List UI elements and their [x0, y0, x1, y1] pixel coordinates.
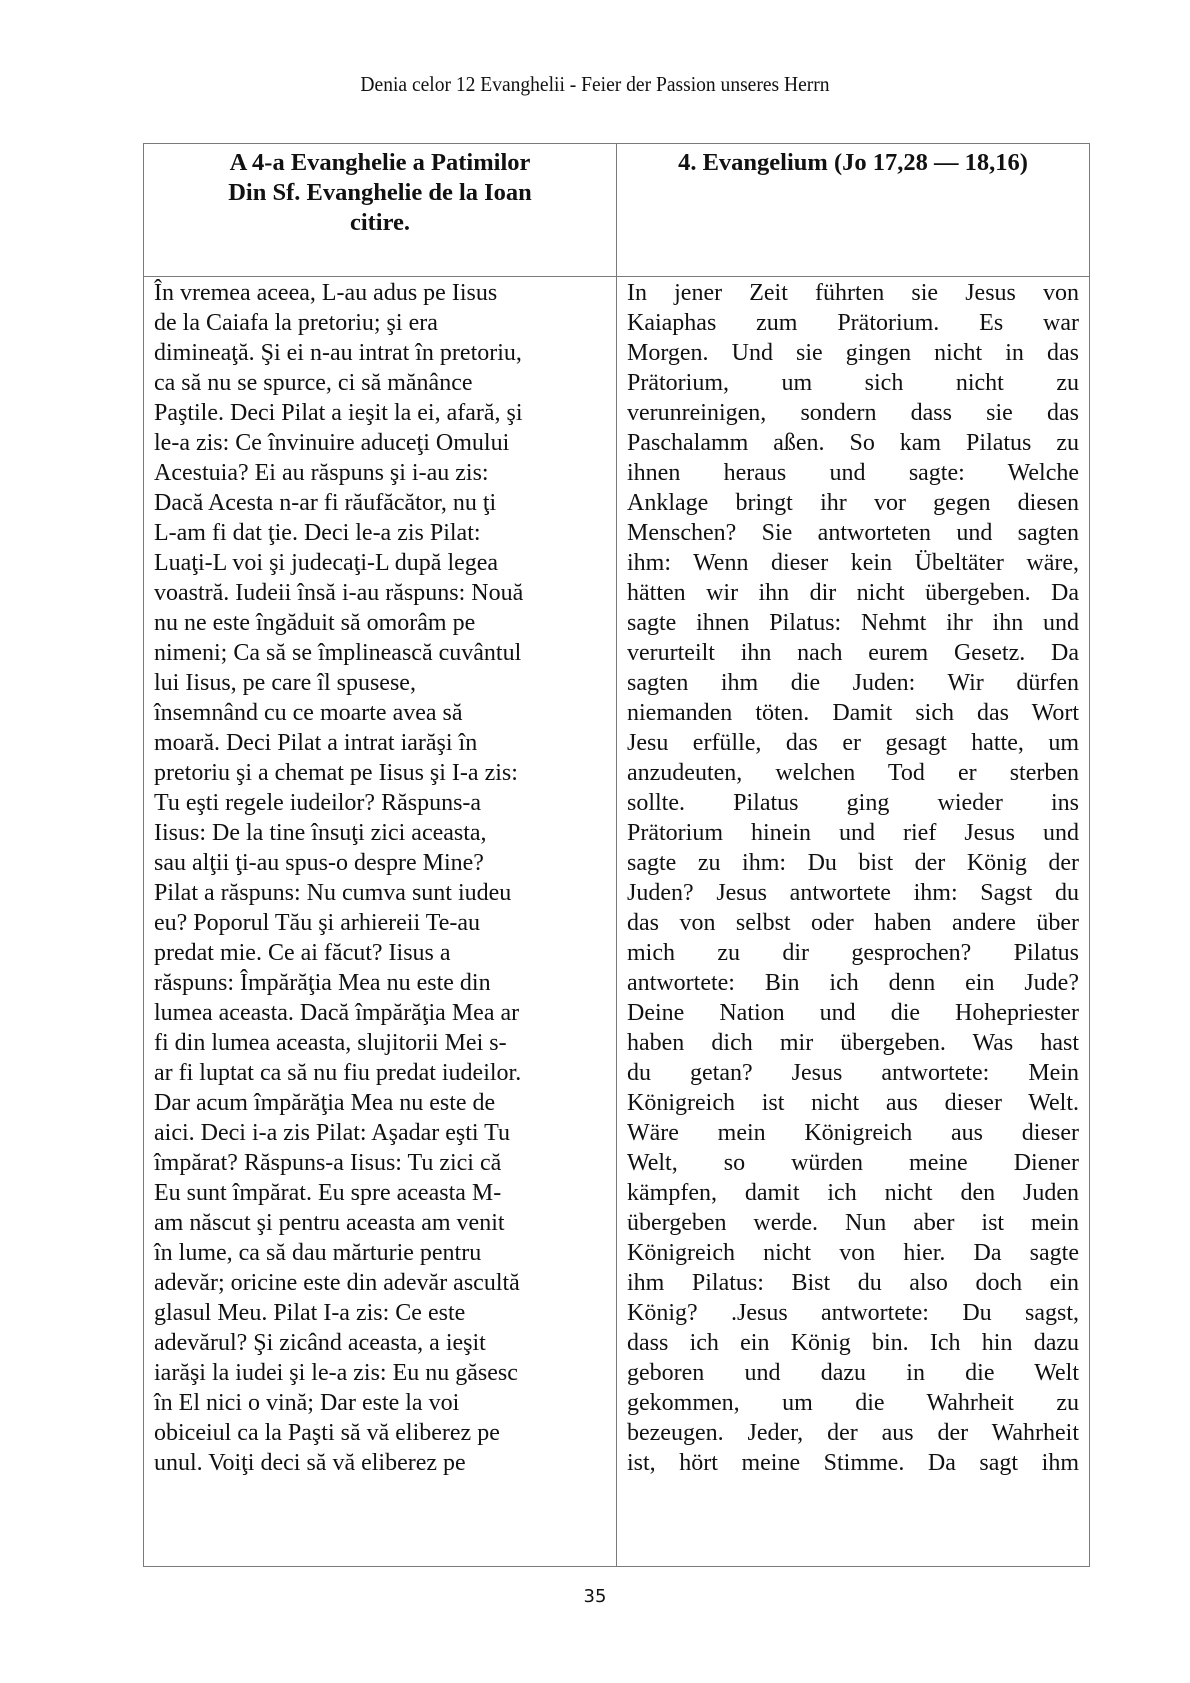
romanian-text-line: L-am fi dat ţie. Deci le-a zis Pilat: [154, 518, 610, 548]
german-text-line: ihm: Wenn dieser kein Übeltäter wäre, [627, 548, 1079, 578]
german-text-line: Juden? Jesus antwortete ihm: Sagst du [627, 878, 1079, 908]
romanian-text-line: Paştile. Deci Pilat a ieşit la ei, afară… [154, 398, 610, 428]
german-text-line: kämpfen, damit ich nicht den Juden [627, 1178, 1079, 1208]
german-text-cell: In jener Zeit führten sie Jesus vonKaiap… [617, 277, 1090, 1567]
german-text-line: Menschen? Sie antworteten und sagten [627, 518, 1079, 548]
german-text-line: Königreich ist nicht aus dieser Welt. [627, 1088, 1079, 1118]
german-text-line: Prätorium hinein und rief Jesus und [627, 818, 1079, 848]
romanian-text-line: lui Iisus, pe care îl spusese, [154, 668, 610, 698]
german-text-line: das von selbst oder haben andere über [627, 908, 1079, 938]
german-text-line: mich zu dir gesprochen? Pilatus [627, 938, 1079, 968]
romanian-text-line: Luaţi-L voi şi judecaţi-L după legea [154, 548, 610, 578]
romanian-text-line: sau alţii ţi-au spus-o despre Mine? [154, 848, 610, 878]
german-text-line: Prätorium, um sich nicht zu [627, 368, 1079, 398]
romanian-text-line: moară. Deci Pilat a intrat iarăşi în [154, 728, 610, 758]
romanian-text-line: în El nici o vină; Dar este la voi [154, 1388, 610, 1418]
german-text-line: du getan? Jesus antwortete: Mein [627, 1058, 1079, 1088]
german-text-line: sagten ihm die Juden: Wir dürfen [627, 668, 1079, 698]
page-running-header: Denia celor 12 Evanghelii - Feier der Pa… [42, 72, 1149, 97]
romanian-text-line: de la Caiafa la pretoriu; şi era [154, 308, 610, 338]
romanian-text-line: ca să nu se spurce, ci să mănânce [154, 368, 610, 398]
german-text-line: sagte zu ihm: Du bist der König der [627, 848, 1079, 878]
romanian-heading-line: citire. [154, 208, 606, 238]
german-text-line: In jener Zeit führten sie Jesus von [627, 278, 1079, 308]
romanian-text-line: iarăşi la iudei şi le-a zis: Eu nu găses… [154, 1358, 610, 1388]
romanian-text-line: Pilat a răspuns: Nu cumva sunt iudeu [154, 878, 610, 908]
romanian-text-line: fi din lumea aceasta, slujitorii Mei s- [154, 1028, 610, 1058]
german-text-line: ihm Pilatus: Bist du also doch ein [627, 1268, 1079, 1298]
romanian-heading-cell: A 4-a Evanghelie a Patimilor Din Sf. Eva… [144, 144, 617, 277]
romanian-text-line: am născut şi pentru aceasta am venit [154, 1208, 610, 1238]
romanian-text-line: pretoriu şi a chemat pe Iisus şi I-a zis… [154, 758, 610, 788]
romanian-text-line: Dacă Acesta n-ar fi răufăcător, nu ţi [154, 488, 610, 518]
romanian-text-line: nu ne este îngăduit să omorâm pe [154, 608, 610, 638]
german-text-line: haben dich mir übergeben. Was hast [627, 1028, 1079, 1058]
german-text-line: verunreinigen, sondern dass sie das [627, 398, 1079, 428]
german-text-line: dass ich ein König bin. Ich hin dazu [627, 1328, 1079, 1358]
romanian-text-line: nimeni; Ca să se împlinească cuvântul [154, 638, 610, 668]
romanian-text-line: obiceiul ca la Paşti să vă eliberez pe [154, 1418, 610, 1448]
german-heading-cell: 4. Evangelium (Jo 17,28 — 18,16) [617, 144, 1090, 277]
german-text-line: übergeben werde. Nun aber ist mein [627, 1208, 1079, 1238]
german-text-line: Deine Nation und die Hohepriester [627, 998, 1079, 1028]
german-text-line: Wäre mein Königreich aus dieser [627, 1118, 1079, 1148]
german-text-line: verurteilt ihn nach eurem Gesetz. Da [627, 638, 1079, 668]
german-text-line: ihnen heraus und sagte: Welche [627, 458, 1079, 488]
romanian-text-line: răspuns: Împărăţia Mea nu este din [154, 968, 610, 998]
romanian-text-line: Tu eşti regele iudeilor? Răspuns-a [154, 788, 610, 818]
romanian-text-line: însemnând cu ce moarte avea să [154, 698, 610, 728]
romanian-text-line: aici. Deci i-a zis Pilat: Aşadar eşti Tu [154, 1118, 610, 1148]
parallel-text-table: A 4-a Evanghelie a Patimilor Din Sf. Eva… [143, 143, 1090, 1567]
german-text-line: niemanden töten. Damit sich das Wort [627, 698, 1079, 728]
romanian-heading-line: Din Sf. Evanghelie de la Ioan [154, 178, 606, 208]
romanian-text-line: voastră. Iudeii însă i-au răspuns: Nouă [154, 578, 610, 608]
german-text-line: Anklage bringt ihr vor gegen diesen [627, 488, 1079, 518]
german-text-line: antwortete: Bin ich denn ein Jude? [627, 968, 1079, 998]
romanian-text-line: Dar acum împărăţia Mea nu este de [154, 1088, 610, 1118]
german-text-line: König? .Jesus antwortete: Du sagst, [627, 1298, 1079, 1328]
romanian-text-line: predat mie. Ce ai făcut? Iisus a [154, 938, 610, 968]
german-text-line: Kaiaphas zum Prätorium. Es war [627, 308, 1079, 338]
german-text-line: anzudeuten, welchen Tod er sterben [627, 758, 1079, 788]
german-text-line: ist, hört meine Stimme. Da sagt ihm [627, 1448, 1079, 1478]
german-text-line: geboren und dazu in die Welt [627, 1358, 1079, 1388]
german-text-line: Jesu erfülle, das er gesagt hatte, um [627, 728, 1079, 758]
german-text-line: gekommen, um die Wahrheit zu [627, 1388, 1079, 1418]
table-heading-row: A 4-a Evanghelie a Patimilor Din Sf. Eva… [144, 144, 1090, 277]
romanian-text-cell: În vremea aceea, L-au adus pe Iisusde la… [144, 277, 617, 1567]
romanian-text-line: le-a zis: Ce învinuire aduceţi Omului [154, 428, 610, 458]
romanian-text-line: împărat? Răspuns-a Iisus: Tu zici că [154, 1148, 610, 1178]
romanian-text-line: glasul Meu. Pilat I-a zis: Ce este [154, 1298, 610, 1328]
romanian-text-line: adevăr; oricine este din adevăr ascultă [154, 1268, 610, 1298]
romanian-text-line: lumea aceasta. Dacă împărăţia Mea ar [154, 998, 610, 1028]
german-text-line: Morgen. Und sie gingen nicht in das [627, 338, 1079, 368]
romanian-text-line: eu? Poporul Tău şi arhiereii Te-au [154, 908, 610, 938]
german-text-line: sagte ihnen Pilatus: Nehmt ihr ihn und [627, 608, 1079, 638]
german-text-line: Welt, so würden meine Diener [627, 1148, 1079, 1178]
german-text-line: bezeugen. Jeder, der aus der Wahrheit [627, 1418, 1079, 1448]
german-text-line: hätten wir ihn dir nicht übergeben. Da [627, 578, 1079, 608]
german-text-line: Königreich nicht von hier. Da sagte [627, 1238, 1079, 1268]
german-heading-line: 4. Evangelium (Jo 17,28 — 18,16) [627, 148, 1079, 178]
german-text-line: Paschalamm aßen. So kam Pilatus zu [627, 428, 1079, 458]
romanian-text-line: În vremea aceea, L-au adus pe Iisus [154, 278, 610, 308]
romanian-text-line: Iisus: De la tine însuţi zici aceasta, [154, 818, 610, 848]
romanian-text-line: adevărul? Şi zicând aceasta, a ieşit [154, 1328, 610, 1358]
romanian-text-line: unul. Voiţi deci să vă eliberez pe [154, 1448, 610, 1478]
romanian-text-line: Acestuia? Ei au răspuns şi i-au zis: [154, 458, 610, 488]
romanian-text-line: ar fi luptat ca să nu fiu predat iudeilo… [154, 1058, 610, 1088]
romanian-text-line: dimineaţă. Şi ei n-au intrat în pretoriu… [154, 338, 610, 368]
german-text-line: sollte. Pilatus ging wieder ins [627, 788, 1079, 818]
romanian-text-line: în lume, ca să dau mărturie pentru [154, 1238, 610, 1268]
romanian-text-line: Eu sunt împărat. Eu spre aceasta M- [154, 1178, 610, 1208]
table-body-row: În vremea aceea, L-au adus pe Iisusde la… [144, 277, 1090, 1567]
page-number: 35 [0, 1586, 1190, 1607]
romanian-heading-line: A 4-a Evanghelie a Patimilor [154, 148, 606, 178]
